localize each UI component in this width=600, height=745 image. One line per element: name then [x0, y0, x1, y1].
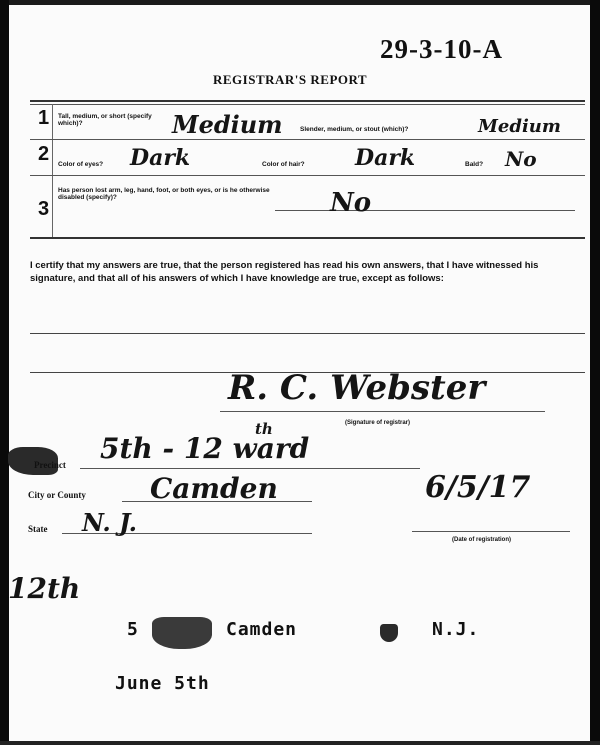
- stamp-mark: [380, 624, 398, 642]
- certification-text: I certify that my answers are true, that…: [30, 259, 585, 285]
- registration-date: 6/5/17: [425, 470, 530, 505]
- serial-number: 29-3-10-A: [380, 34, 503, 65]
- divider: [30, 237, 585, 239]
- answer-bald: No: [505, 147, 537, 171]
- city-label: City or County: [28, 490, 86, 500]
- precinct-line: [80, 468, 420, 469]
- state-value: N. J.: [82, 508, 137, 537]
- stamp-state: N.J.: [432, 619, 479, 640]
- scan-edge-left: [0, 0, 9, 745]
- scan-edge-top: [0, 0, 600, 5]
- city-value: Camden: [150, 472, 278, 505]
- precinct-label: Precinct: [34, 460, 66, 470]
- question-number: 1: [38, 107, 49, 130]
- stamp-emblem: [152, 617, 212, 649]
- answer-height: Medium: [172, 110, 283, 139]
- exceptions-line: [30, 333, 585, 334]
- signature-caption: (Signature of registrar): [345, 420, 410, 426]
- question-number: 3: [38, 198, 49, 221]
- stamp-number: 5: [127, 619, 139, 640]
- question-prompt: Color of eyes?: [58, 161, 103, 168]
- scan-edge-bottom: [0, 741, 600, 745]
- answer-hair-color: Dark: [355, 145, 415, 171]
- answer-eye-color: Dark: [130, 145, 190, 171]
- precinct-value: 5th - 12 ward: [100, 432, 309, 465]
- signature-line: [220, 411, 545, 412]
- question-prompt: Has person lost arm, leg, hand, foot, or…: [58, 187, 273, 201]
- scan-edge-right: [590, 0, 600, 745]
- question-prompt: Bald?: [465, 161, 483, 168]
- margin-note: 12th: [8, 572, 80, 605]
- answer-line: [275, 210, 575, 211]
- divider: [30, 104, 585, 105]
- registration-card: 29-3-10-A REGISTRAR'S REPORT 1 Tall, med…: [0, 0, 600, 745]
- divider: [30, 100, 585, 102]
- column-divider: [52, 104, 53, 239]
- state-label: State: [28, 524, 48, 534]
- divider: [30, 175, 585, 176]
- stamp-date: June 5th: [115, 673, 210, 694]
- answer-build: Medium: [478, 116, 561, 137]
- stamp-city: Camden: [226, 619, 297, 640]
- page-title: REGISTRAR'S REPORT: [213, 72, 367, 88]
- date-caption: (Date of registration): [452, 537, 511, 543]
- question-prompt: Color of hair?: [262, 161, 305, 168]
- question-prompt: Tall, medium, or short (specify which)?: [58, 113, 168, 127]
- question-number: 2: [38, 143, 49, 166]
- question-prompt: Slender, medium, or stout (which)?: [300, 126, 408, 133]
- date-line: [412, 531, 570, 532]
- registrar-signature: R. C. Webster: [228, 368, 485, 408]
- divider: [30, 139, 585, 140]
- answer-disability: No: [330, 188, 371, 218]
